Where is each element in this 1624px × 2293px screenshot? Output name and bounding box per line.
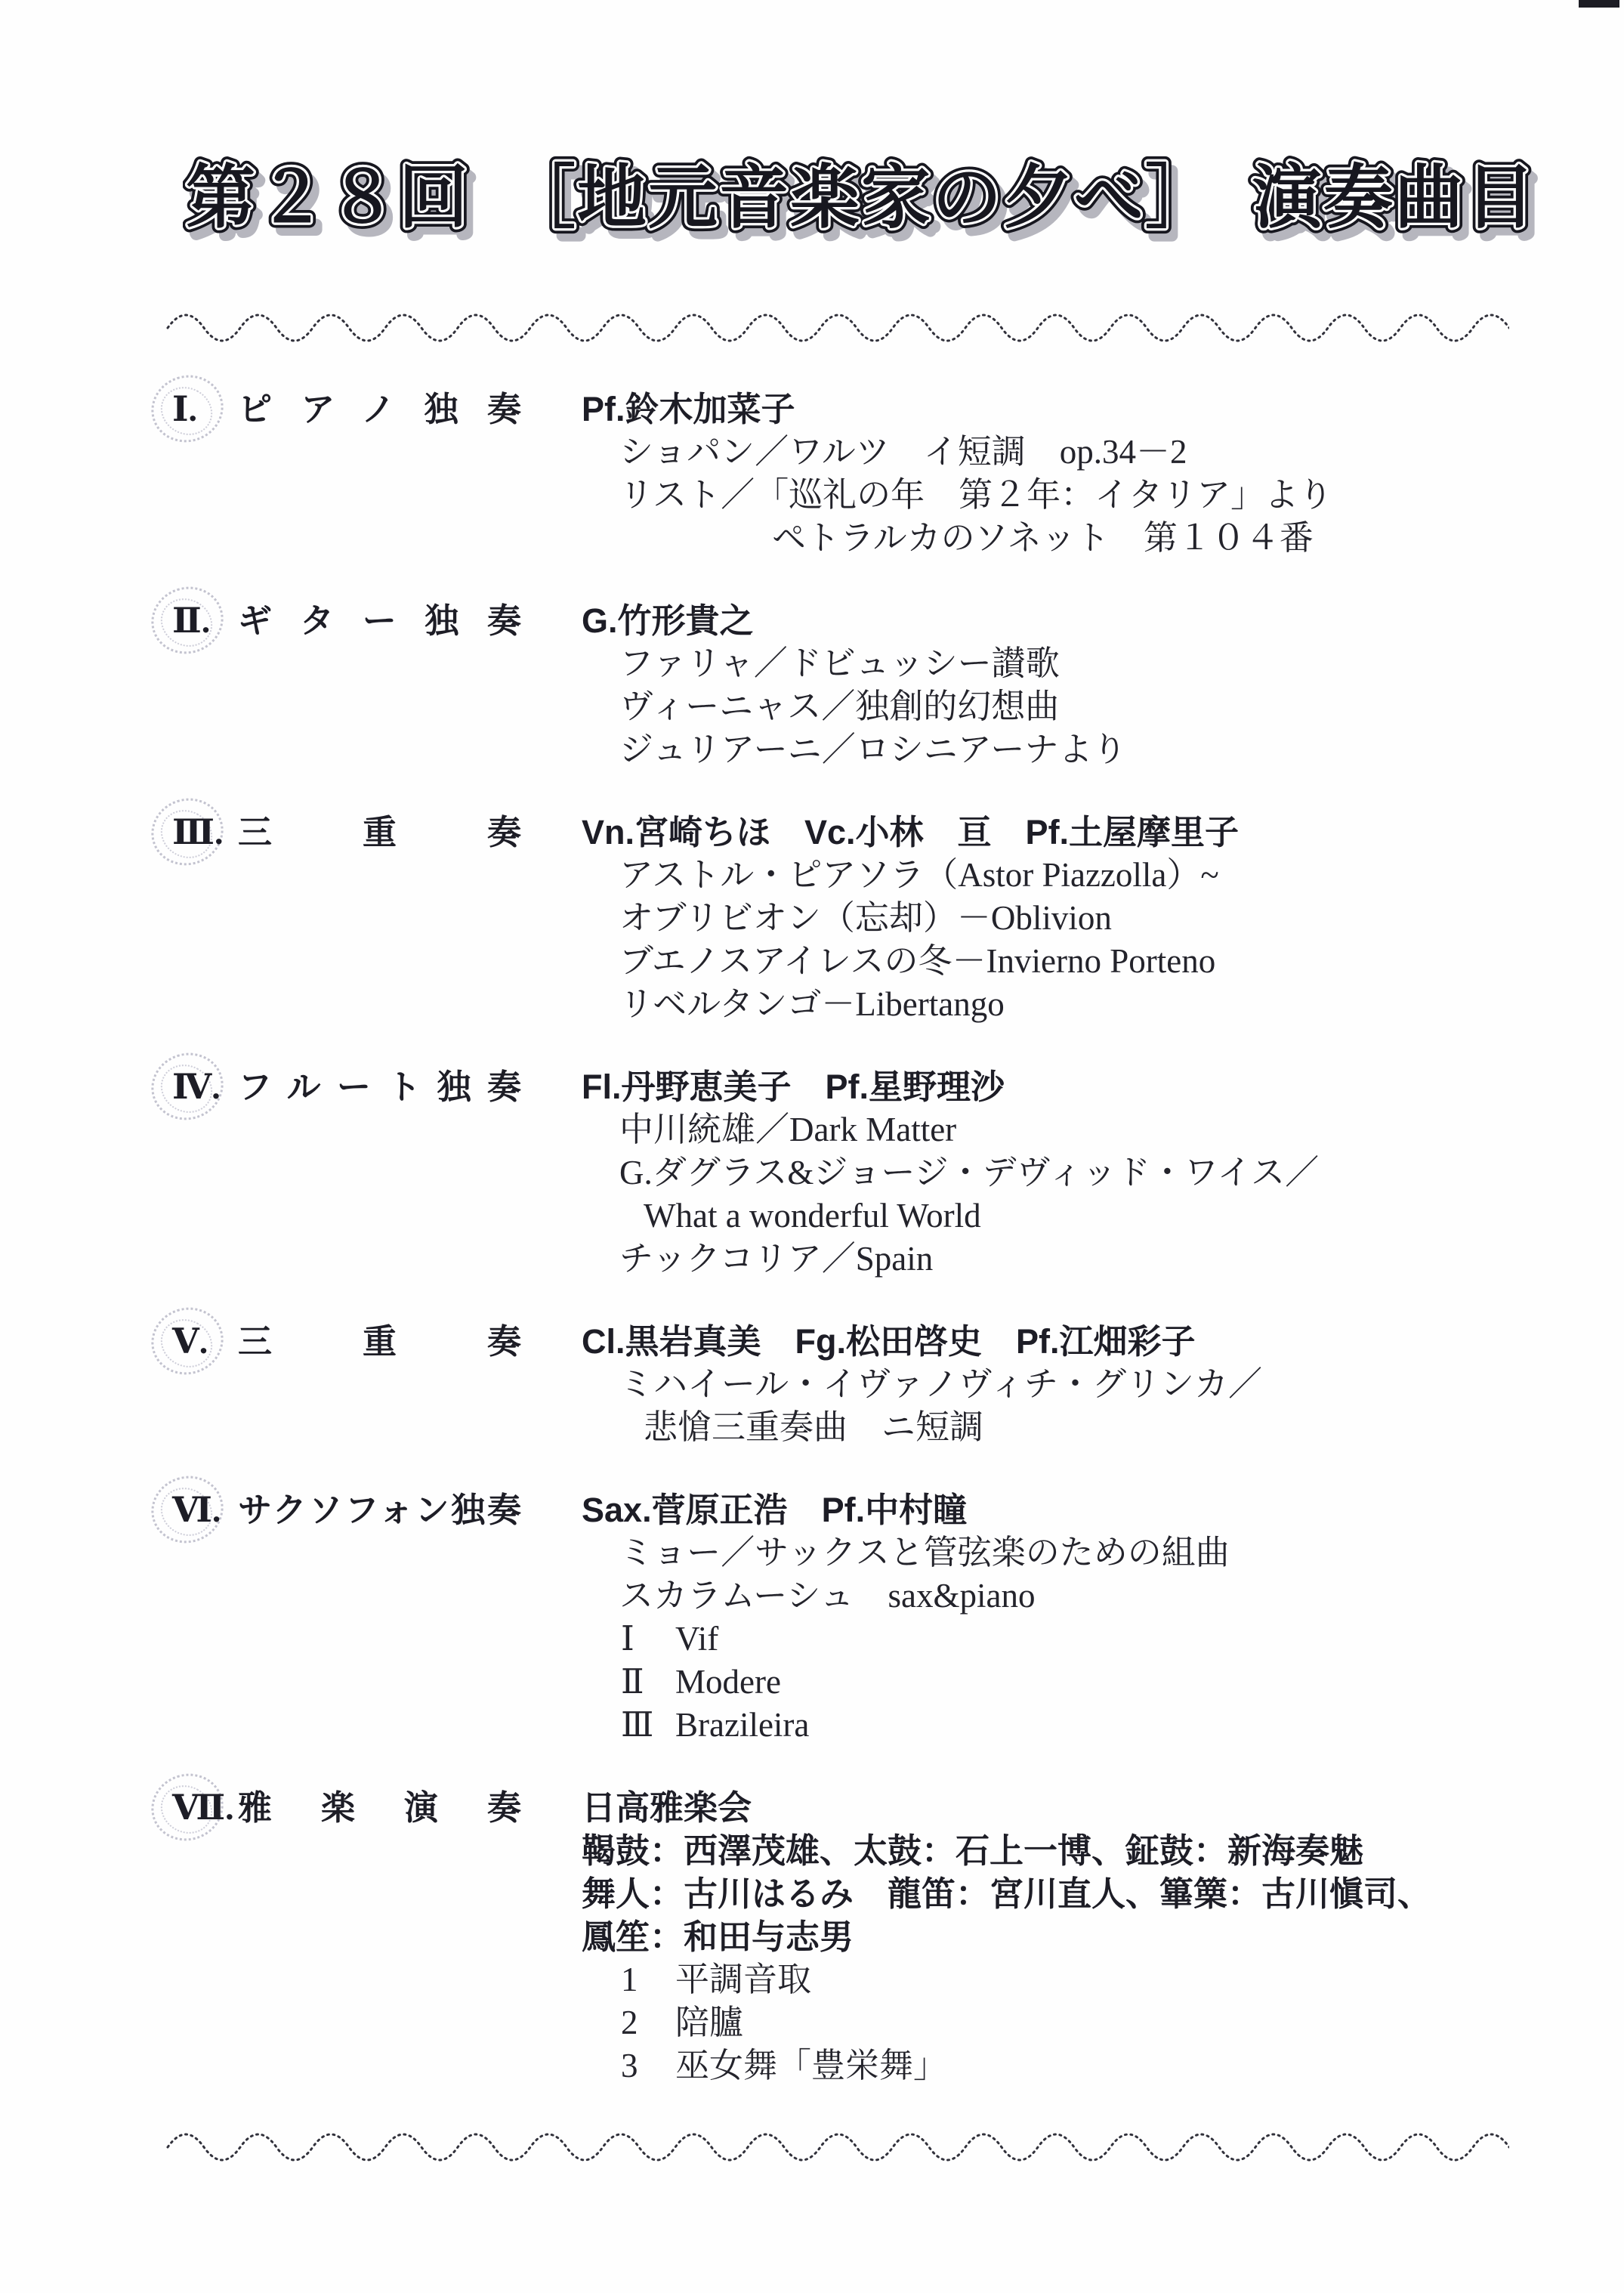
performers: Vn.宮崎ちほ Vc.小林 亘 Pf.土屋摩里子 <box>582 811 1624 854</box>
section-category: 雅楽演奏 <box>238 1786 521 1829</box>
decorative-wave-border-top <box>165 310 1509 346</box>
movement-title: Vif <box>675 1618 718 1661</box>
section-flute-solo: Ⅳ. フルート独奏 Fl.丹野恵美子 Pf.星野理沙 中川統雄／Dark Mat… <box>172 1065 1624 1281</box>
section-heading: Ⅰ. ピアノ独奏 <box>172 388 582 560</box>
section-saxophone-solo: Ⅵ. サクソフォン独奏 Sax.菅原正浩 Pf.中村瞳 ミョー／サックスと管弦楽… <box>172 1488 1624 1747</box>
section-heading: Ⅵ. サクソフォン独奏 <box>172 1488 582 1747</box>
performers: Pf.鈴木加菜子 <box>582 388 1624 431</box>
page-title-text: 第２８回 ［地元音楽家の夕べ］ 演奏曲目 <box>186 159 1536 236</box>
piece-line: チックコリア／Spain <box>619 1238 1624 1281</box>
movement-line: Ⅲ Brazileira <box>621 1704 1624 1747</box>
piece-line: ショパン／ワルツ イ短調 op.34－2 <box>619 431 1624 474</box>
section-numeral: Ⅱ. <box>172 599 238 642</box>
section-category: サクソフォン独奏 <box>238 1488 521 1531</box>
section-numeral-text: Ⅰ. <box>172 390 197 428</box>
section-content: 日高雅楽会 鞨鼓：西澤茂雄、太鼓：石上一博、鉦鼓：新海奏魅 舞人：古川はるみ 龍… <box>582 1786 1624 2087</box>
ensemble-members-line: 舞人：古川はるみ 龍笛：宮川直人、篳篥：古川愼司、 <box>582 1872 1624 1915</box>
piece-line: 中川統雄／Dark Matter <box>619 1108 1624 1151</box>
section-numeral-text: Ⅲ. <box>172 813 224 851</box>
piece-line: アストル・ピアソラ（Astor Piazzolla）~ <box>619 854 1624 897</box>
section-numeral-text: Ⅳ. <box>172 1068 221 1106</box>
section-trio-2: Ⅴ. 三重奏 Cl.黒岩真美 Fg.松田啓史 Pf.江畑彩子 ミハイール・イヴァ… <box>172 1320 1624 1449</box>
piece-line: ブエノスアイレスの冬－Invierno Porteno <box>619 940 1624 983</box>
movement-numeral: Ⅱ <box>621 1661 675 1704</box>
section-numeral-text: Ⅵ. <box>172 1491 221 1529</box>
piece-line: ミョー／サックスと管弦楽のための組曲 <box>619 1531 1624 1575</box>
page-title: 第２８回 ［地元音楽家の夕べ］ 演奏曲目 第２８回 ［地元音楽家の夕べ］ 演奏曲… <box>183 132 1558 253</box>
movement-line: Ⅱ Modere <box>621 1661 1624 1704</box>
piece-line: リスト／「巡礼の年 第２年：イタリア」より <box>619 474 1624 517</box>
section-numeral: Ⅲ. <box>172 811 238 854</box>
ensemble-members-line: 鳳笙：和田与志男 <box>582 1915 1624 1958</box>
piece-line: ペトラルカのソネット 第１０４番 <box>772 517 1624 560</box>
movement-numeral: Ⅰ <box>621 1618 675 1661</box>
section-gagaku: Ⅶ. 雅楽演奏 日高雅楽会 鞨鼓：西澤茂雄、太鼓：石上一博、鉦鼓：新海奏魅 舞人… <box>172 1786 1624 2087</box>
movement-title: Brazileira <box>675 1704 809 1747</box>
section-numeral: Ⅵ. <box>172 1488 238 1531</box>
title-block: 第２８回 ［地元音楽家の夕べ］ 演奏曲目 第２８回 ［地元音楽家の夕べ］ 演奏曲… <box>0 0 1624 257</box>
section-content: Fl.丹野恵美子 Pf.星野理沙 中川統雄／Dark Matter G.ダグラス… <box>582 1065 1624 1281</box>
section-category: フルート独奏 <box>238 1065 521 1108</box>
piece-line: リベルタンゴ－Libertango <box>619 983 1624 1026</box>
section-heading: Ⅶ. 雅楽演奏 <box>172 1786 582 2087</box>
movement-title: Modere <box>675 1661 781 1704</box>
section-category: 三重奏 <box>238 1320 521 1363</box>
section-content: Vn.宮崎ちほ Vc.小林 亘 Pf.土屋摩里子 アストル・ピアソラ（Astor… <box>582 811 1624 1026</box>
section-content: Cl.黒岩真美 Fg.松田啓史 Pf.江畑彩子 ミハイール・イヴァノヴィチ・グリ… <box>582 1320 1624 1449</box>
piece-line: G.ダグラス&ジョージ・デヴィッド・ワイス／ <box>619 1151 1624 1194</box>
section-content: Sax.菅原正浩 Pf.中村瞳 ミョー／サックスと管弦楽のための組曲 スカラムー… <box>582 1488 1624 1747</box>
numbered-piece-line: 3 巫女舞「豊栄舞」 <box>621 2044 1624 2087</box>
numbered-piece-line: 2 陪臚 <box>621 2001 1624 2044</box>
ensemble-members-line: 鞨鼓：西澤茂雄、太鼓：石上一博、鉦鼓：新海奏魅 <box>582 1829 1624 1872</box>
section-heading: Ⅳ. フルート独奏 <box>172 1065 582 1281</box>
piece-line: ヴィーニャス／独創的幻想曲 <box>619 685 1624 728</box>
section-heading: Ⅱ. ギター独奏 <box>172 599 582 771</box>
performers: 日高雅楽会 <box>582 1786 1624 1829</box>
piece-number: 2 <box>621 2001 675 2044</box>
piece-line: ミハイール・イヴァノヴィチ・グリンカ／ <box>619 1363 1624 1406</box>
piece-number: 1 <box>621 1958 675 2001</box>
performers: G.竹形貴之 <box>582 599 1624 642</box>
piece-number: 3 <box>621 2044 675 2087</box>
piece-title: 巫女舞「豊栄舞」 <box>675 2044 947 2087</box>
section-heading: Ⅲ. 三重奏 <box>172 811 582 1026</box>
section-numeral: Ⅰ. <box>172 388 238 431</box>
program-page: 第２８回 ［地元音楽家の夕べ］ 演奏曲目 第２８回 ［地元音楽家の夕べ］ 演奏曲… <box>0 0 1624 2293</box>
section-numeral-text: Ⅱ. <box>172 601 210 640</box>
performers: Fl.丹野恵美子 Pf.星野理沙 <box>582 1065 1624 1108</box>
section-category: ピアノ独奏 <box>238 388 521 431</box>
movement-numeral: Ⅲ <box>621 1704 675 1747</box>
piece-line: 悲愴三重奏曲 ニ短調 <box>644 1406 1624 1449</box>
piece-line: ファリャ／ドビュッシー讃歌 <box>619 642 1624 685</box>
section-numeral-text: Ⅴ. <box>172 1322 208 1361</box>
scan-artifact <box>1579 0 1619 8</box>
section-numeral: Ⅶ. <box>172 1786 238 1829</box>
piece-line: ジュリアーニ／ロシニアーナより <box>619 728 1624 771</box>
program-sections: Ⅰ. ピアノ独奏 Pf.鈴木加菜子 ショパン／ワルツ イ短調 op.34－2 リ… <box>0 388 1624 2087</box>
piece-line: What a wonderful World <box>644 1194 1624 1238</box>
section-trio-1: Ⅲ. 三重奏 Vn.宮崎ちほ Vc.小林 亘 Pf.土屋摩里子 アストル・ピアソ… <box>172 811 1624 1026</box>
section-category: 三重奏 <box>238 811 521 854</box>
section-heading: Ⅴ. 三重奏 <box>172 1320 582 1449</box>
section-category: ギター独奏 <box>238 599 521 642</box>
performers: Sax.菅原正浩 Pf.中村瞳 <box>582 1488 1624 1531</box>
piece-line: スカラムーシュ sax&piano <box>619 1575 1624 1618</box>
section-guitar-solo: Ⅱ. ギター独奏 G.竹形貴之 ファリャ／ドビュッシー讃歌 ヴィーニャス／独創的… <box>172 599 1624 771</box>
piece-line: オブリビオン（忘却）－Oblivion <box>619 897 1624 940</box>
section-content: Pf.鈴木加菜子 ショパン／ワルツ イ短調 op.34－2 リスト／「巡礼の年 … <box>582 388 1624 560</box>
decorative-wave-border-bottom <box>165 2129 1509 2165</box>
numbered-piece-line: 1 平調音取 <box>621 1958 1624 2001</box>
section-content: G.竹形貴之 ファリャ／ドビュッシー讃歌 ヴィーニャス／独創的幻想曲 ジュリアー… <box>582 599 1624 771</box>
section-numeral: Ⅳ. <box>172 1065 238 1108</box>
movement-line: Ⅰ Vif <box>621 1618 1624 1661</box>
section-piano-solo: Ⅰ. ピアノ独奏 Pf.鈴木加菜子 ショパン／ワルツ イ短調 op.34－2 リ… <box>172 388 1624 560</box>
section-numeral-text: Ⅶ. <box>172 1788 234 1827</box>
section-numeral: Ⅴ. <box>172 1320 238 1363</box>
performers: Cl.黒岩真美 Fg.松田啓史 Pf.江畑彩子 <box>582 1320 1624 1363</box>
piece-title: 陪臚 <box>675 2001 743 2044</box>
piece-title: 平調音取 <box>675 1958 811 2001</box>
